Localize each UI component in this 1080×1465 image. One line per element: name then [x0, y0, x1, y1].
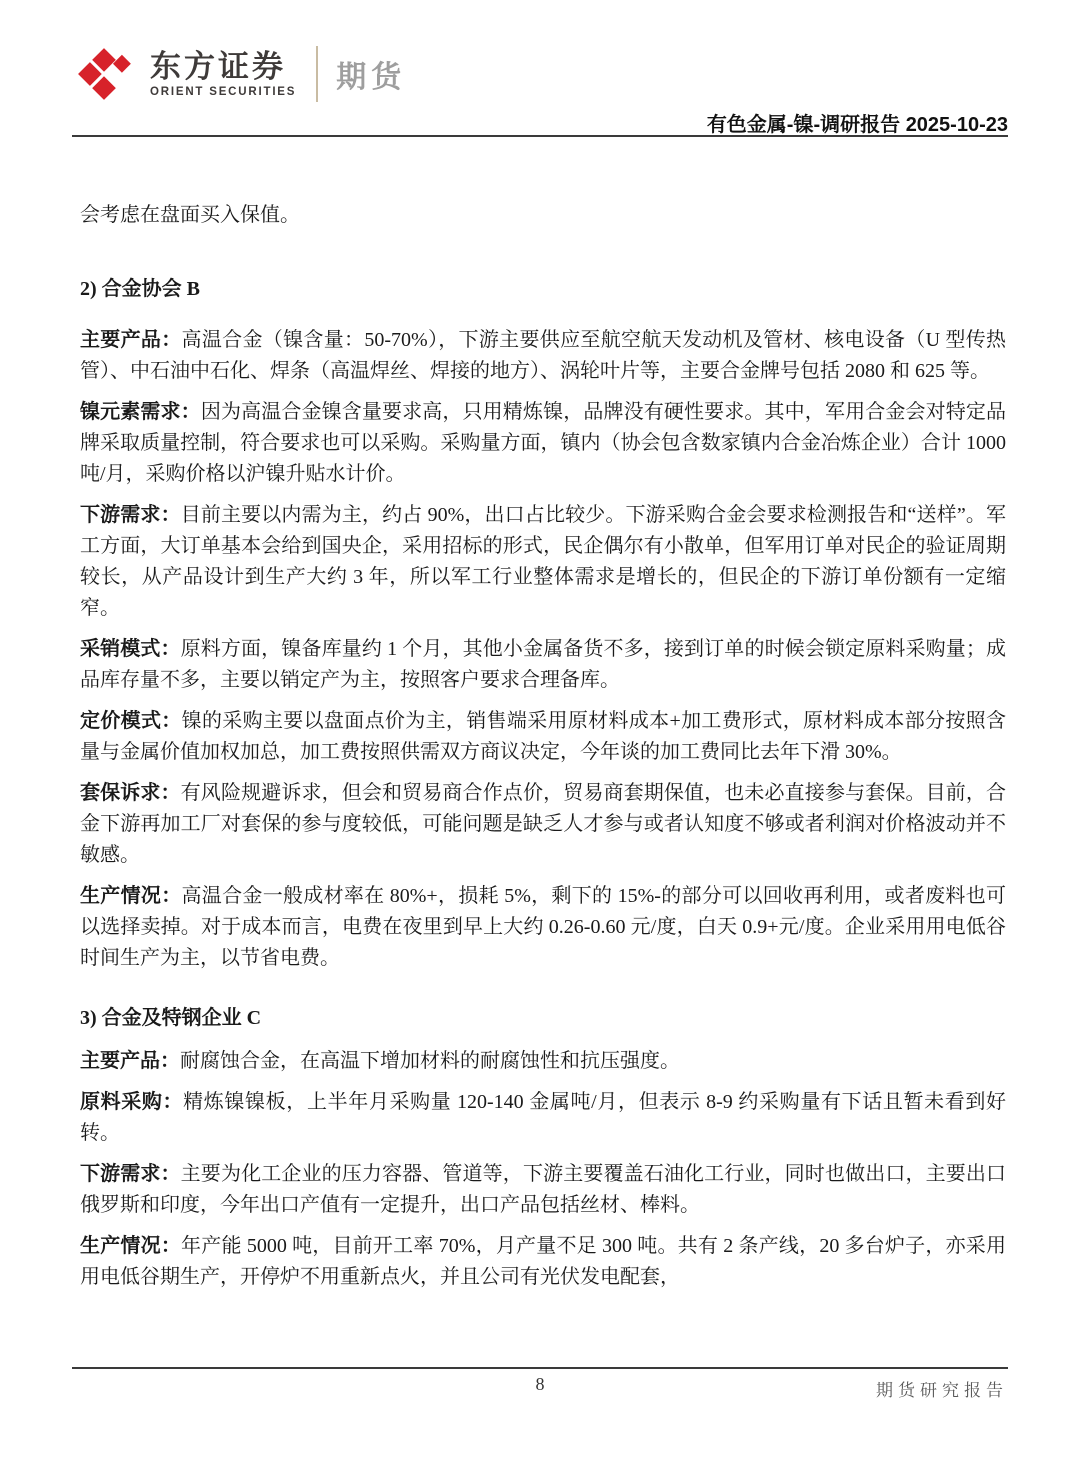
- para-label: 定价模式：: [80, 710, 182, 732]
- para-label: 主要产品：: [80, 1050, 180, 1072]
- para-label: 下游需求：: [80, 504, 181, 526]
- para-procurement-sales-mode-b: 采销模式：原料方面，镍备库量约 1 个月，其他小金属备货不多，接到订单的时候会锁…: [80, 634, 1006, 696]
- orient-securities-logo-icon: [72, 42, 136, 106]
- para-label: 生产情况：: [80, 1235, 181, 1257]
- para-main-products-c: 主要产品：耐腐蚀合金，在高温下增加材料的耐腐蚀性和抗压强度。: [80, 1046, 1006, 1077]
- para-label: 主要产品：: [80, 329, 182, 351]
- brand-name-en: ORIENT SECURITIES: [150, 86, 296, 98]
- para-label: 套保诉求：: [80, 782, 181, 804]
- brand-row: 东方证券 ORIENT SECURITIES 期货: [72, 38, 1008, 110]
- intro-paragraph: 会考虑在盘面买入保值。: [80, 200, 1006, 231]
- para-raw-material-procurement-c: 原料采购：精炼镍镍板，上半年月采购量 120-140 金属吨/月，但表示 8-9…: [80, 1087, 1006, 1149]
- footer-rule: [72, 1367, 1008, 1369]
- page-header: 东方证券 ORIENT SECURITIES 期货 有色金属-镍-调研报告 20…: [72, 38, 1008, 138]
- para-main-products-b: 主要产品：高温合金（镍含量：50-70%），下游主要供应至航空航天发动机及管材、…: [80, 325, 1006, 387]
- para-text: 精炼镍镍板，上半年月采购量 120-140 金属吨/月，但表示 8-9 约采购量…: [80, 1091, 1006, 1144]
- header-rule: [72, 135, 1008, 137]
- para-nickel-demand-b: 镍元素需求：因为高温合金镍含量要求高，只用精炼镍，品牌没有硬性要求。其中，军用合…: [80, 397, 1006, 490]
- para-pricing-mode-b: 定价模式：镍的采购主要以盘面点价为主，销售端采用原材料成本+加工费形式，原材料成…: [80, 706, 1006, 768]
- para-text: 高温合金（镍含量：50-70%），下游主要供应至航空航天发动机及管材、核电设备（…: [80, 329, 1006, 382]
- para-downstream-demand-b: 下游需求：目前主要以内需为主，约占 90%，出口占比较少。下游采购合金会要求检测…: [80, 500, 1006, 624]
- brand-name-cn: 东方证券: [150, 50, 296, 84]
- para-label: 下游需求：: [80, 1163, 181, 1185]
- para-text: 原料方面，镍备库量约 1 个月，其他小金属备货不多，接到订单的时候会锁定原料采购…: [80, 638, 1006, 691]
- para-text: 镍的采购主要以盘面点价为主，销售端采用原材料成本+加工费形式，原材料成本部分按照…: [80, 710, 1006, 763]
- para-text: 主要为化工企业的压力容器、管道等，下游主要覆盖石油化工行业，同时也做出口，主要出…: [80, 1163, 1006, 1216]
- report-content: 会考虑在盘面买入保值。 2) 合金协会 B 主要产品：高温合金（镍含量：50-7…: [80, 192, 1006, 1303]
- footer-report-label: 期货研究报告: [876, 1376, 1008, 1401]
- para-label: 原料采购：: [80, 1091, 183, 1113]
- para-text: 高温合金一般成材率在 80%+，损耗 5%，剩下的 15%-的部分可以回收再利用…: [80, 885, 1006, 969]
- para-production-status-b: 生产情况：高温合金一般成材率在 80%+，损耗 5%，剩下的 15%-的部分可以…: [80, 881, 1006, 974]
- brand-text: 东方证券 ORIENT SECURITIES: [150, 50, 296, 98]
- para-text: 耐腐蚀合金，在高温下增加材料的耐腐蚀性和抗压强度。: [180, 1050, 680, 1072]
- para-text: 年产能 5000 吨，目前开工率 70%，月产量不足 300 吨。共有 2 条产…: [80, 1235, 1006, 1288]
- division-label: 期货: [336, 52, 406, 96]
- para-text: 目前主要以内需为主，约占 90%，出口占比较少。下游采购合金会要求检测报告和“送…: [80, 504, 1006, 619]
- para-text: 因为高温合金镍含量要求高，只用精炼镍，品牌没有硬性要求。其中，军用合金会对特定品…: [80, 401, 1006, 485]
- para-label: 生产情况：: [80, 885, 182, 907]
- section-heading-alloy-steel-company-c: 3) 合金及特钢企业 C: [80, 1004, 1006, 1032]
- para-label: 采销模式：: [80, 638, 181, 660]
- para-text: 有风险规避诉求，但会和贸易商合作点价，贸易商套期保值，也未必直接参与套保。目前，…: [80, 782, 1006, 866]
- section-heading-alloy-association-b: 2) 合金协会 B: [80, 275, 1006, 303]
- para-downstream-demand-c: 下游需求：主要为化工企业的压力容器、管道等，下游主要覆盖石油化工行业，同时也做出…: [80, 1159, 1006, 1221]
- report-page: 东方证券 ORIENT SECURITIES 期货 有色金属-镍-调研报告 20…: [0, 0, 1080, 1465]
- brand-divider: [316, 46, 318, 102]
- para-hedging-demand-b: 套保诉求：有风险规避诉求，但会和贸易商合作点价，贸易商套期保值，也未必直接参与套…: [80, 778, 1006, 871]
- report-title: 有色金属-镍-调研报告 2025-10-23: [707, 108, 1008, 137]
- para-production-status-c: 生产情况：年产能 5000 吨，目前开工率 70%，月产量不足 300 吨。共有…: [80, 1231, 1006, 1293]
- para-label: 镍元素需求：: [80, 401, 201, 423]
